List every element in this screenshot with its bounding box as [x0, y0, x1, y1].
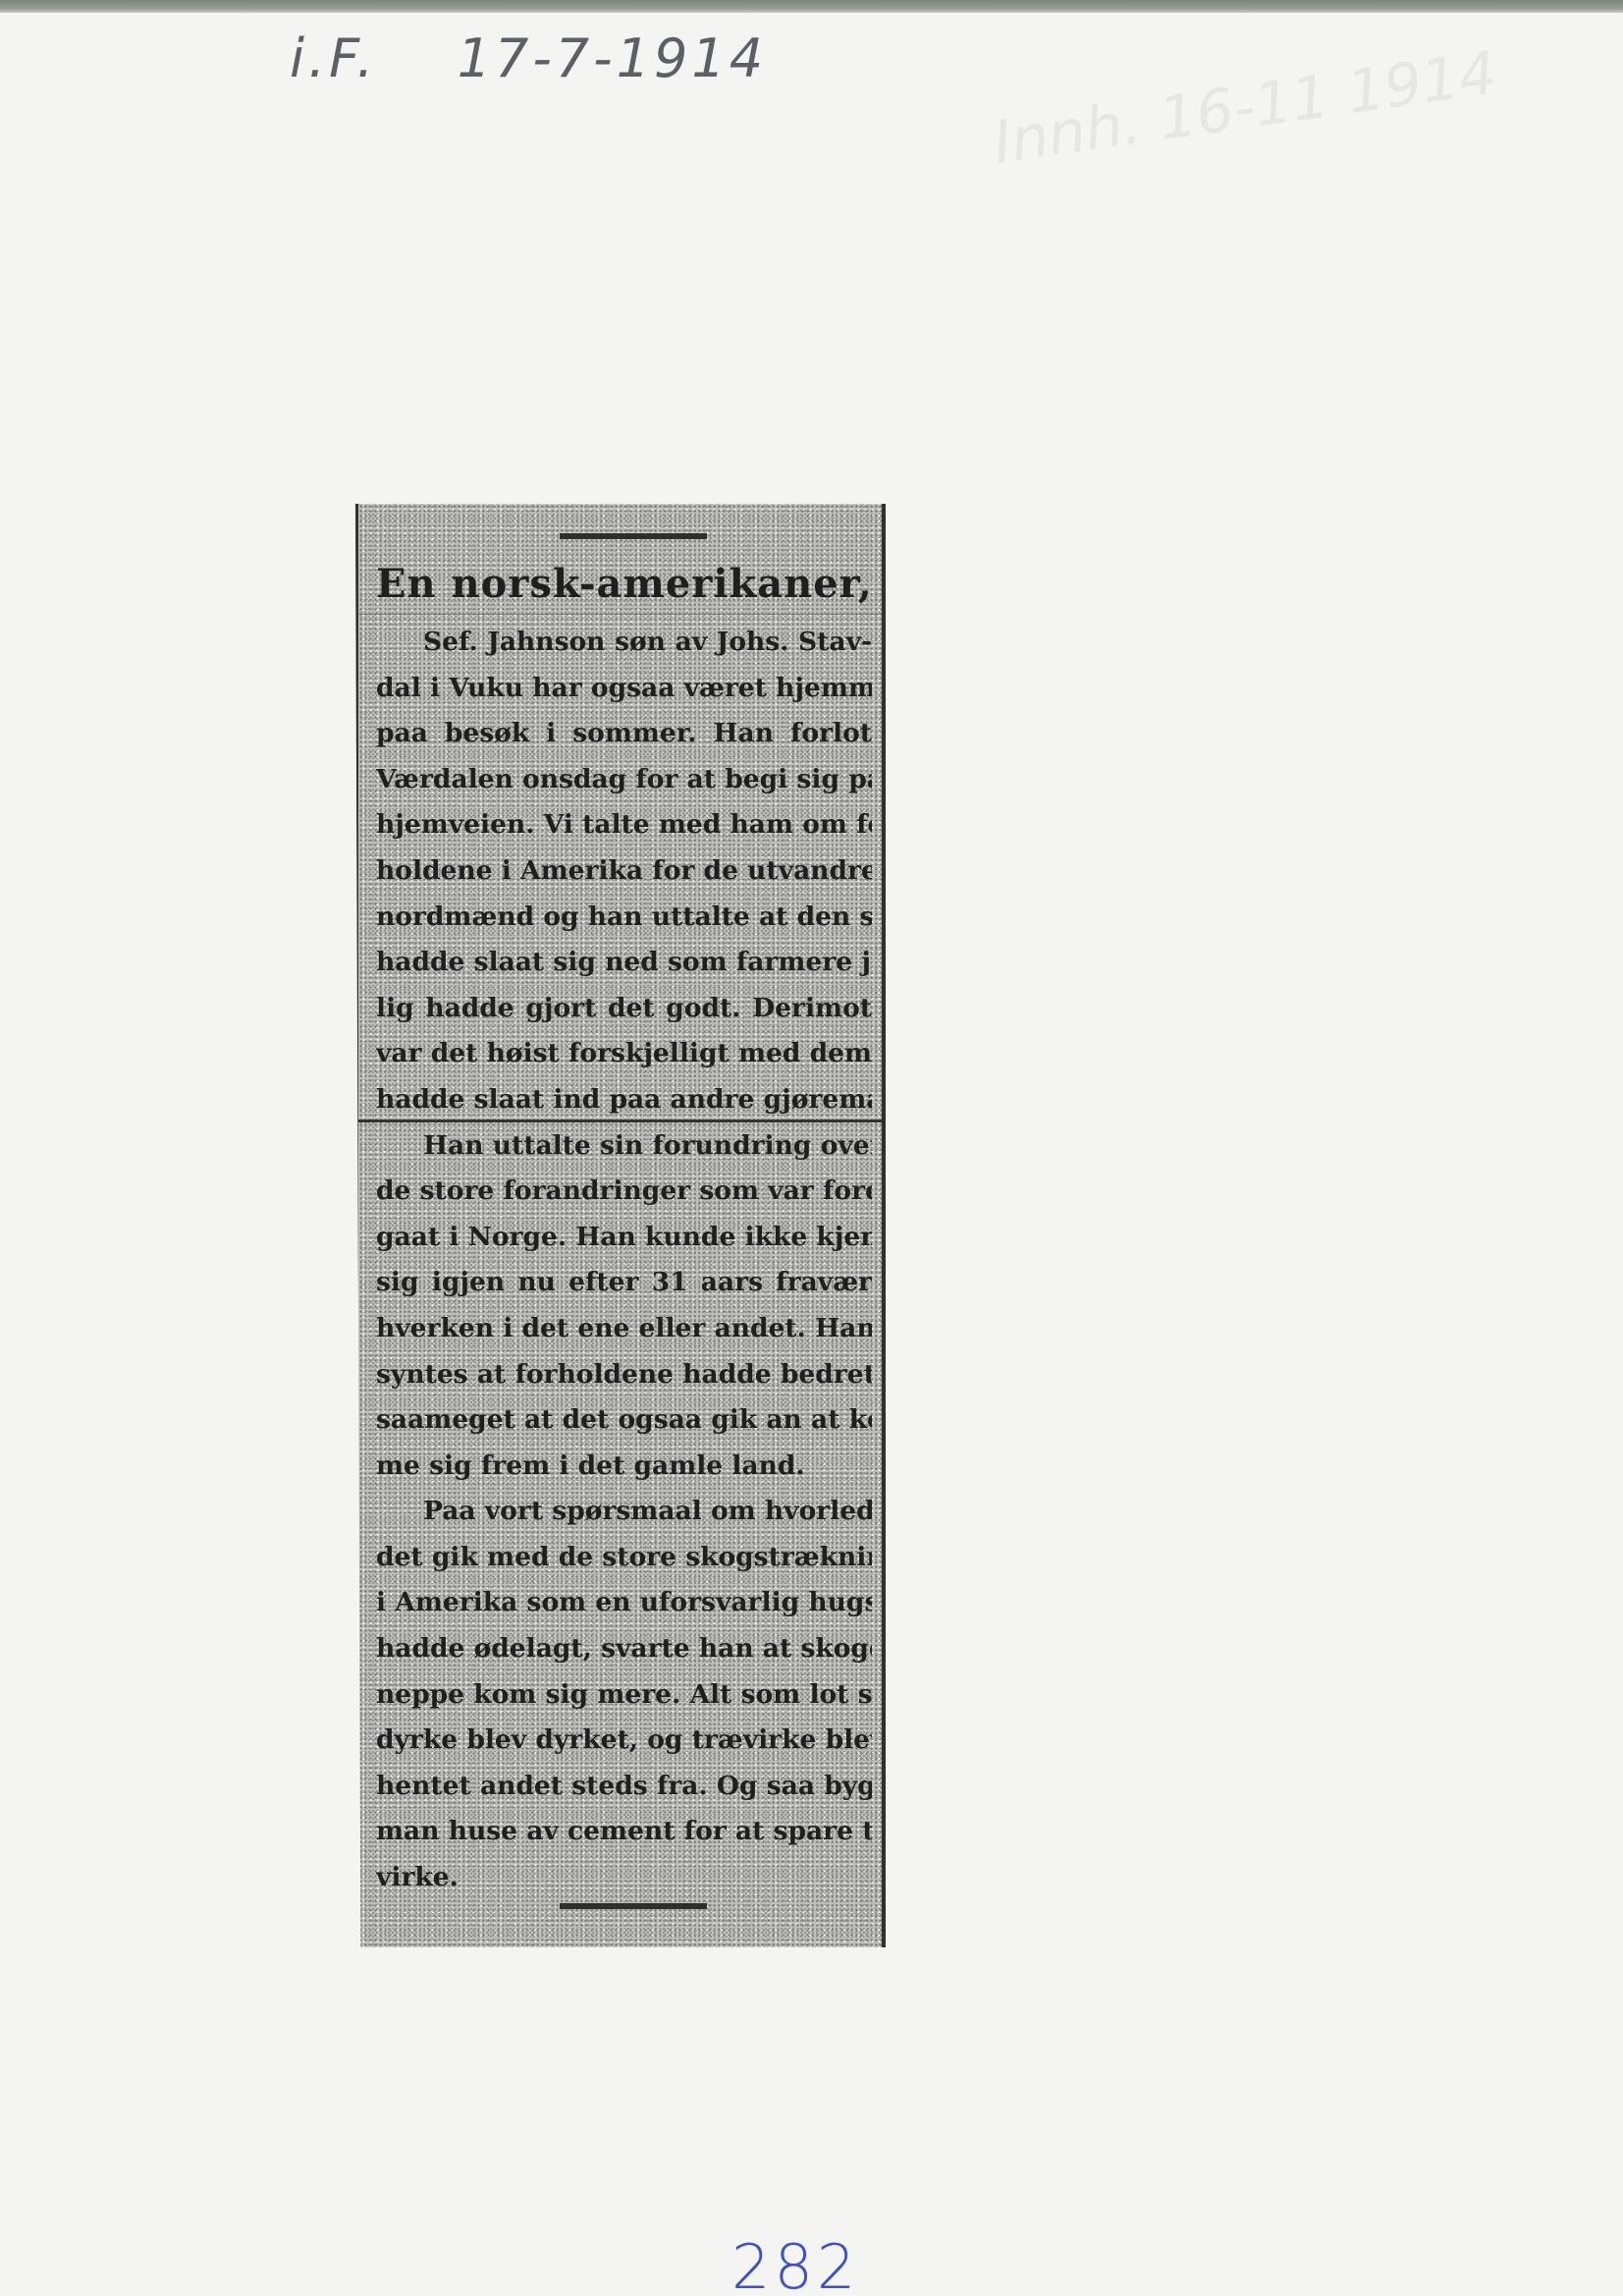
faint-bleedthrough-handwriting: Innh. 16-11 1914	[989, 33, 1501, 182]
clipping-line: dal i Vuku har ogsaa været hjemme	[376, 666, 872, 712]
bottom-rule	[560, 1903, 707, 1909]
clipping-line: Værdalen onsdag for at begi sig paa	[376, 757, 872, 803]
handwritten-date: 17-7-1914	[458, 27, 767, 89]
clipping-line: dyrke blev dyrket, og trævirke blev	[376, 1718, 872, 1764]
section-divider	[358, 1120, 882, 1122]
clipping-line: i Amerika som en uforsvarlig hugst	[376, 1580, 872, 1626]
handwritten-annotation: i.F. 17-7-1914	[290, 27, 767, 89]
clipping-line: var det høist forskjelligt med dem som	[376, 1031, 872, 1077]
clipping-line: hadde slaat ind paa andre gjøremaal.	[376, 1077, 872, 1123]
clipping-line: paa besøk i sommer. Han forlot	[376, 711, 872, 757]
scanner-edge	[0, 0, 1623, 13]
clipping-body: Sef. Jahnson søn av Johs. Stav-dal i Vuk…	[376, 620, 872, 1901]
clipping-line: det gik med de store skogstrækninger	[376, 1535, 872, 1581]
clipping-line: hentet andet steds fra. Og saa bygget	[376, 1764, 872, 1810]
clipping-line: holdene i Amerika for de utvandrede	[376, 848, 872, 895]
clipping-line: hadde ødelagt, svarte han at skogen	[376, 1626, 872, 1672]
clipping-line: man huse av cement for at spare træ-	[376, 1809, 872, 1855]
newspaper-clipping: En norsk-amerikaner, Sef. Jahnson søn av…	[355, 504, 886, 1947]
clipping-line: Paa vort spørsmaal om hvorledes	[376, 1489, 872, 1535]
clipping-line: virke.	[376, 1855, 872, 1901]
top-rule	[560, 533, 707, 539]
clipping-line: me sig frem i det gamle land.	[376, 1444, 872, 1490]
page-number: 282	[731, 2231, 859, 2296]
clipping-line: lig hadde gjort det godt. Derimot	[376, 986, 872, 1032]
clipping-line: Han uttalte sin forundring over	[376, 1123, 872, 1170]
clipping-line: hjemveien. Vi talte med ham om for-	[376, 802, 872, 848]
handwritten-source: i.F.	[290, 27, 377, 89]
clipping-line: Sef. Jahnson søn av Johs. Stav-	[376, 620, 872, 666]
clipping-line: neppe kom sig mere. Alt som lot sig	[376, 1672, 872, 1719]
clipping-headline: En norsk-amerikaner,	[376, 561, 873, 607]
clipping-line: syntes at forholdene hadde bedret sig	[376, 1352, 872, 1398]
clipping-line: gaat i Norge. Han kunde ikke kjende	[376, 1215, 872, 1261]
clipping-line: sig igjen nu efter 31 aars fravær	[376, 1260, 872, 1306]
clipping-line: de store forandringer som var fore-	[376, 1169, 872, 1215]
clipping-line: hverken i det ene eller andet. Han	[376, 1306, 872, 1352]
clipping-line: nordmænd og han uttalte at den som	[376, 895, 872, 941]
headline-divider	[358, 614, 882, 615]
clipping-line: saameget at det ogsaa gik an at kom-	[376, 1397, 872, 1444]
clipping-line: hadde slaat sig ned som farmere jævn-	[376, 940, 872, 986]
